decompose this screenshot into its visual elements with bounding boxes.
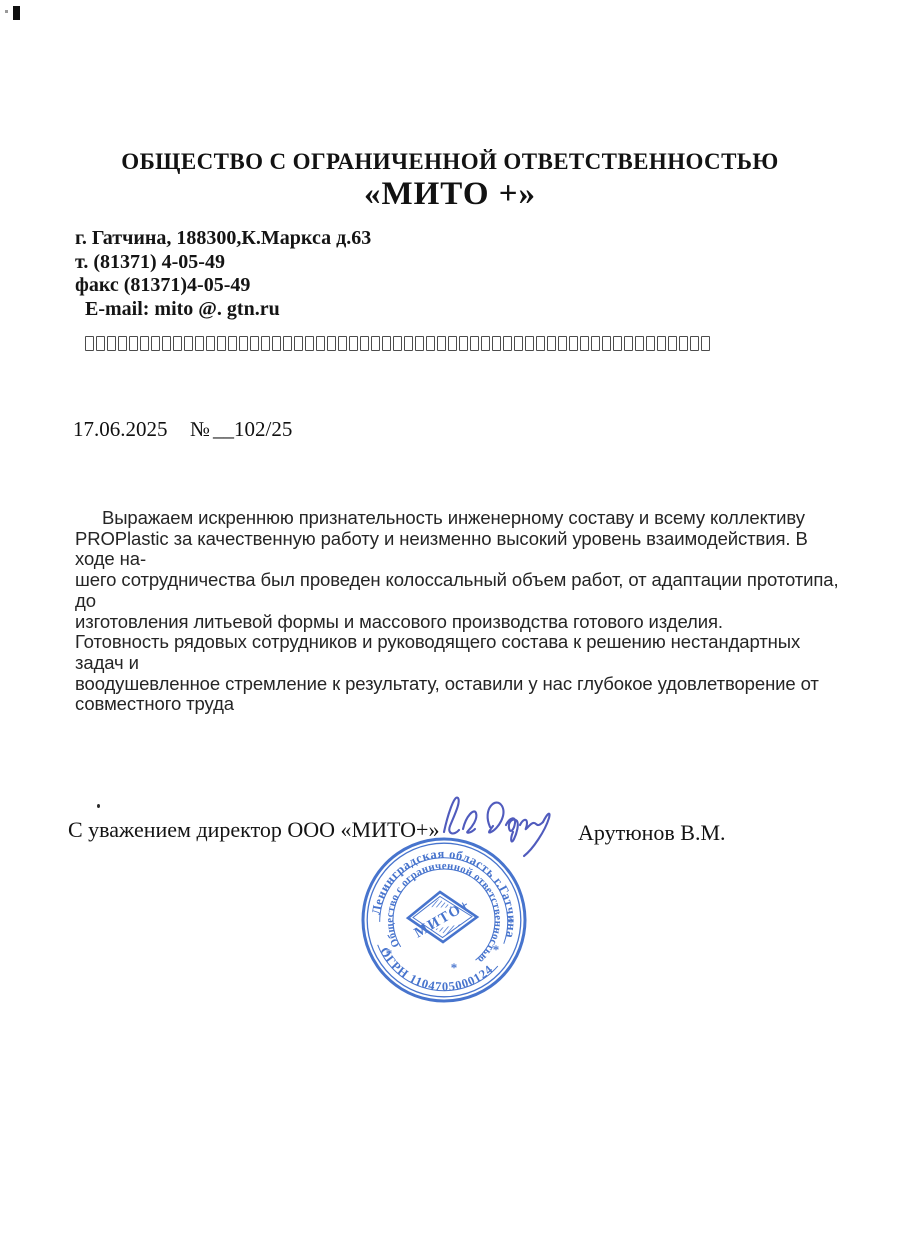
missing-glyph-box xyxy=(107,336,116,351)
missing-glyph-box xyxy=(470,336,479,351)
org-name-heading: «МИТО +» xyxy=(0,176,900,213)
scan-artifact xyxy=(97,804,100,808)
org-fax: факс (81371)4-05-49 xyxy=(75,274,371,298)
body-line: воодушевленное стремление к результату, … xyxy=(75,674,839,695)
letter-body: Выражаем искреннюю признательность инжен… xyxy=(75,508,839,715)
missing-glyph-box xyxy=(162,336,171,351)
missing-glyph-box xyxy=(459,336,468,351)
org-email: E-mail: mito @. gtn.ru xyxy=(75,298,371,322)
missing-glyph-box xyxy=(415,336,424,351)
missing-glyph-box xyxy=(481,336,490,351)
missing-glyph-box xyxy=(657,336,666,351)
missing-glyph-box xyxy=(624,336,633,351)
missing-glyph-box xyxy=(580,336,589,351)
missing-glyph-box xyxy=(613,336,622,351)
director-signature xyxy=(430,786,562,866)
missing-glyph-box xyxy=(118,336,127,351)
missing-glyph-box xyxy=(646,336,655,351)
missing-glyph-box xyxy=(206,336,215,351)
letter-date: 17.06.2025 xyxy=(73,417,168,442)
missing-glyph-box xyxy=(679,336,688,351)
missing-glyph-box xyxy=(404,336,413,351)
missing-glyph-box xyxy=(327,336,336,351)
org-address: г. Гатчина, 188300,К.Маркса д.63 xyxy=(75,227,371,251)
body-line: Выражаем искреннюю признательность инжен… xyxy=(75,508,839,529)
missing-glyph-box xyxy=(294,336,303,351)
missing-glyph-box xyxy=(426,336,435,351)
svg-text:*: * xyxy=(451,960,458,975)
missing-glyph-box xyxy=(305,336,314,351)
letter-page: ОБЩЕСТВО С ОГРАНИЧЕННОЙ ОТВЕТСТВЕННОСТЬЮ… xyxy=(0,0,900,1236)
missing-glyph-box xyxy=(536,336,545,351)
body-line: Готовность рядовых сотрудников и руковод… xyxy=(75,632,839,673)
missing-glyph-box xyxy=(525,336,534,351)
letter-number: __102/25 xyxy=(213,417,292,442)
missing-glyph-box xyxy=(85,336,94,351)
missing-glyph-box xyxy=(217,336,226,351)
missing-glyph-box xyxy=(140,336,149,351)
org-type-heading: ОБЩЕСТВО С ОГРАНИЧЕННОЙ ОТВЕТСТВЕННОСТЬЮ xyxy=(0,149,900,175)
missing-glyph-box xyxy=(316,336,325,351)
missing-glyph-box xyxy=(239,336,248,351)
placeholder-glyph-row xyxy=(85,336,725,351)
missing-glyph-box xyxy=(437,336,446,351)
missing-glyph-box xyxy=(184,336,193,351)
missing-glyph-box xyxy=(261,336,270,351)
missing-glyph-box xyxy=(195,336,204,351)
missing-glyph-box xyxy=(569,336,578,351)
svg-text:*: * xyxy=(386,946,393,961)
missing-glyph-box xyxy=(228,336,237,351)
missing-glyph-box xyxy=(250,336,259,351)
body-line: PROPlastic за качественную работу и неиз… xyxy=(75,529,839,570)
missing-glyph-box xyxy=(96,336,105,351)
missing-glyph-box xyxy=(701,336,710,351)
contact-block: г. Гатчина, 188300,К.Маркса д.63 т. (813… xyxy=(75,227,371,321)
missing-glyph-box xyxy=(371,336,380,351)
org-phone: т. (81371) 4-05-49 xyxy=(75,251,371,275)
body-line: совместного труда xyxy=(75,694,839,715)
svg-text:*: * xyxy=(493,942,500,957)
missing-glyph-box xyxy=(503,336,512,351)
missing-glyph-box xyxy=(591,336,600,351)
missing-glyph-box xyxy=(448,336,457,351)
scan-artifact xyxy=(5,10,8,13)
body-line: изготовления литьевой формы и массового … xyxy=(75,612,839,633)
missing-glyph-box xyxy=(360,336,369,351)
missing-glyph-box xyxy=(382,336,391,351)
missing-glyph-box xyxy=(349,336,358,351)
missing-glyph-box xyxy=(338,336,347,351)
scan-artifact xyxy=(13,6,20,20)
missing-glyph-box xyxy=(393,336,402,351)
missing-glyph-box xyxy=(272,336,281,351)
svg-text:*: * xyxy=(508,915,515,930)
director-name: Арутюнов В.М. xyxy=(578,820,726,846)
missing-glyph-box xyxy=(602,336,611,351)
missing-glyph-box xyxy=(283,336,292,351)
stamp-center-logo: МИТО+ xyxy=(408,892,477,942)
missing-glyph-box xyxy=(514,336,523,351)
missing-glyph-box xyxy=(558,336,567,351)
missing-glyph-box xyxy=(173,336,182,351)
missing-glyph-box xyxy=(690,336,699,351)
missing-glyph-box xyxy=(635,336,644,351)
missing-glyph-box xyxy=(151,336,160,351)
number-sign: № xyxy=(190,417,210,442)
body-line: шего сотрудничества был проведен колосса… xyxy=(75,570,839,611)
missing-glyph-box xyxy=(547,336,556,351)
reference-line: 17.06.2025 № __102/25 xyxy=(73,417,393,445)
missing-glyph-box xyxy=(129,336,138,351)
missing-glyph-box xyxy=(492,336,501,351)
missing-glyph-box xyxy=(668,336,677,351)
